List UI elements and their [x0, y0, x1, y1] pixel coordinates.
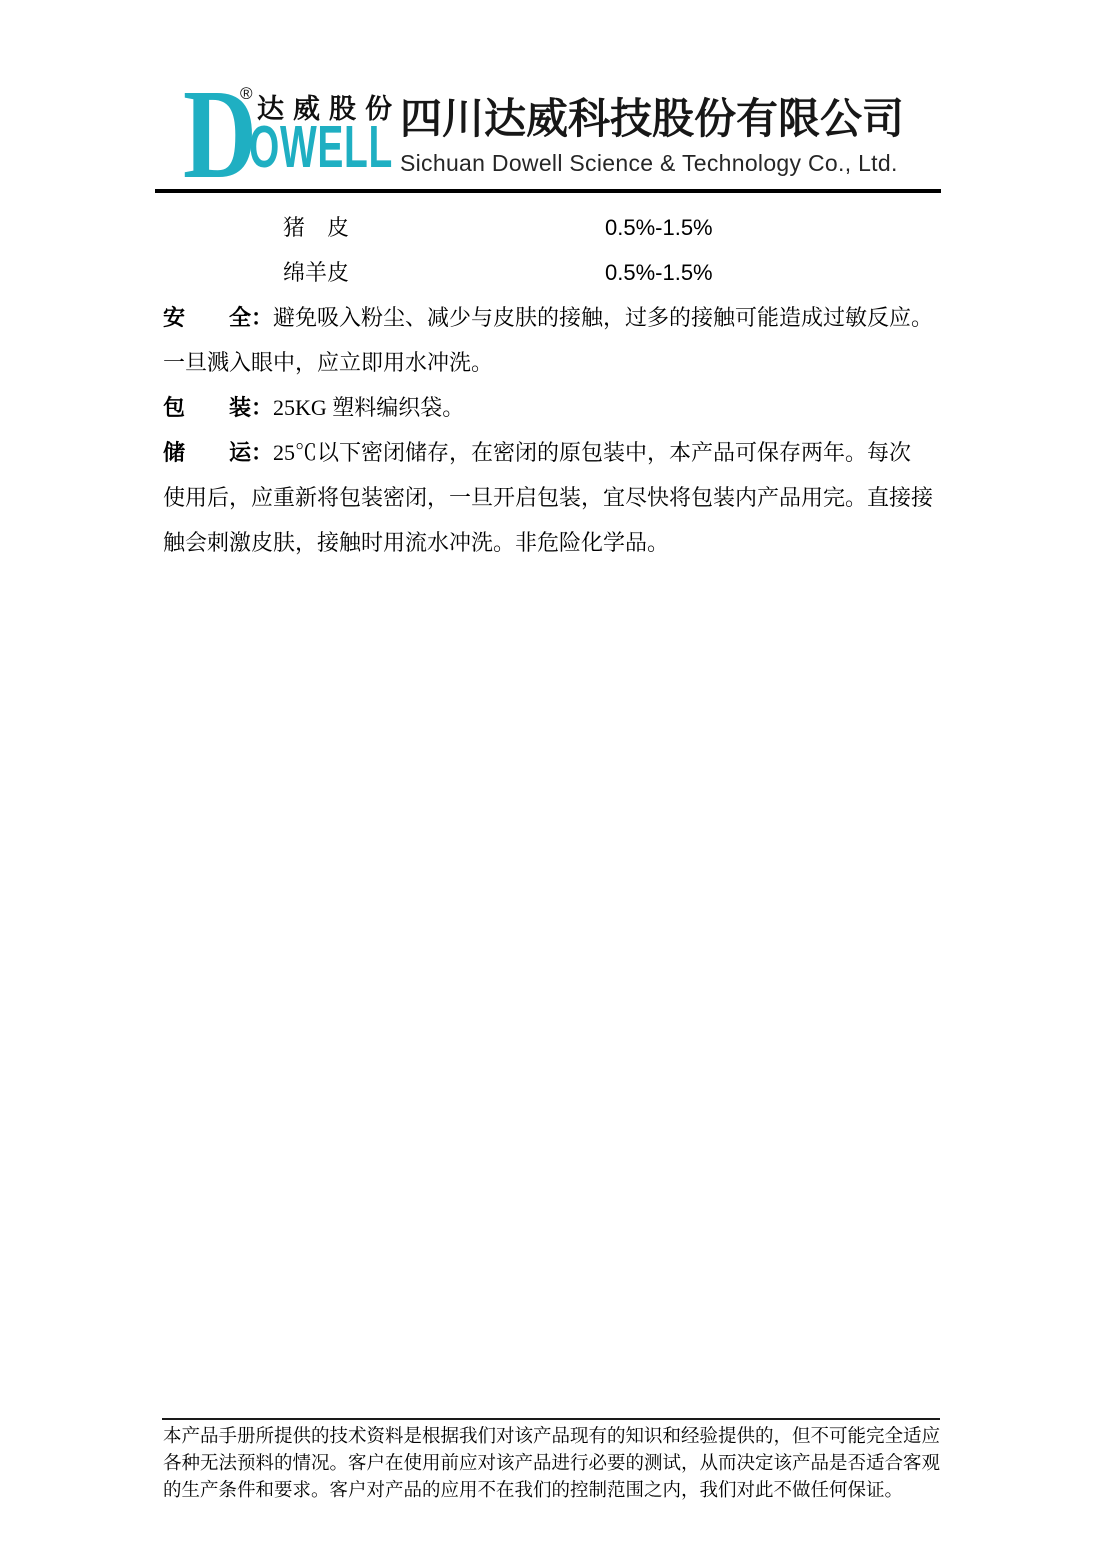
- registered-trademark-icon: ®: [240, 84, 253, 104]
- footer-divider: [162, 1418, 940, 1420]
- section-label-safety: 安 全：: [163, 305, 273, 330]
- section-label-packaging: 包 装：: [163, 395, 273, 420]
- letterhead: D ® 达威股份 OWELL 四川达威科技股份有限公司 Sichuan Dowe…: [0, 0, 1102, 200]
- dosage-row-pig-skin: 猪 皮 0.5%-1.5%: [163, 205, 941, 250]
- section-storage: 储 运：25℃以下密闭储存，在密闭的原包装中，本产品可保存两年。每次 使用后，应…: [163, 430, 941, 565]
- section-line: 使用后，应重新将包装密闭，一旦开启包装，宜尽快将包装内产品用完。直接接: [163, 475, 941, 520]
- section-text: 25℃以下密闭储存，在密闭的原包装中，本产品可保存两年。每次: [273, 440, 911, 465]
- section-safety: 安 全：避免吸入粉尘、减少与皮肤的接触，过多的接触可能造成过敏反应。 一旦溅入眼…: [163, 295, 941, 385]
- company-name-cn: 四川达威科技股份有限公司: [400, 94, 945, 144]
- dosage-value: 0.5%-1.5%: [605, 250, 713, 295]
- dowell-logo: D ® 达威股份 OWELL: [183, 88, 398, 190]
- dosage-row-sheep-skin: 绵羊皮 0.5%-1.5%: [163, 250, 941, 295]
- section-label-storage: 储 运：: [163, 440, 273, 465]
- company-name-block: 四川达威科技股份有限公司 Sichuan Dowell Science & Te…: [400, 94, 945, 177]
- dosage-label: 猪 皮: [163, 205, 349, 250]
- section-packaging: 包 装：25KG 塑料编织袋。: [163, 385, 941, 430]
- disclaimer-line: 各种无法预料的情况。客户在使用前应对该产品进行必要的测试，从而决定该产品是否适合…: [163, 1451, 941, 1478]
- section-text: 25KG 塑料编织袋。: [273, 395, 464, 420]
- document-page: D ® 达威股份 OWELL 四川达威科技股份有限公司 Sichuan Dowe…: [0, 0, 1102, 1559]
- dosage-value: 0.5%-1.5%: [605, 205, 713, 250]
- section-line: 包 装：25KG 塑料编织袋。: [163, 385, 941, 430]
- footer-disclaimer: 本产品手册所提供的技术资料是根据我们对该产品现有的知识和经验提供的，但不可能完全…: [163, 1424, 941, 1505]
- company-name-en: Sichuan Dowell Science & Technology Co.,…: [400, 149, 945, 177]
- header-divider: [155, 189, 941, 193]
- document-body: 猪 皮 0.5%-1.5% 绵羊皮 0.5%-1.5% 安 全：避免吸入粉尘、减…: [163, 205, 941, 565]
- disclaimer-line: 本产品手册所提供的技术资料是根据我们对该产品现有的知识和经验提供的，但不可能完全…: [163, 1424, 941, 1451]
- dosage-label: 绵羊皮: [163, 250, 349, 295]
- section-line: 储 运：25℃以下密闭储存，在密闭的原包装中，本产品可保存两年。每次: [163, 430, 941, 475]
- section-line: 一旦溅入眼中，应立即用水冲洗。: [163, 340, 941, 385]
- section-text: 避免吸入粉尘、减少与皮肤的接触，过多的接触可能造成过敏反应。: [273, 305, 933, 330]
- section-line: 触会刺激皮肤，接触时用流水冲洗。非危险化学品。: [163, 520, 941, 565]
- section-line: 安 全：避免吸入粉尘、减少与皮肤的接触，过多的接触可能造成过敏反应。: [163, 295, 941, 340]
- disclaimer-line: 的生产条件和要求。客户对产品的应用不在我们的控制范围之内，我们对此不做任何保证。: [163, 1478, 941, 1505]
- logo-wordmark-text: OWELL: [249, 118, 393, 177]
